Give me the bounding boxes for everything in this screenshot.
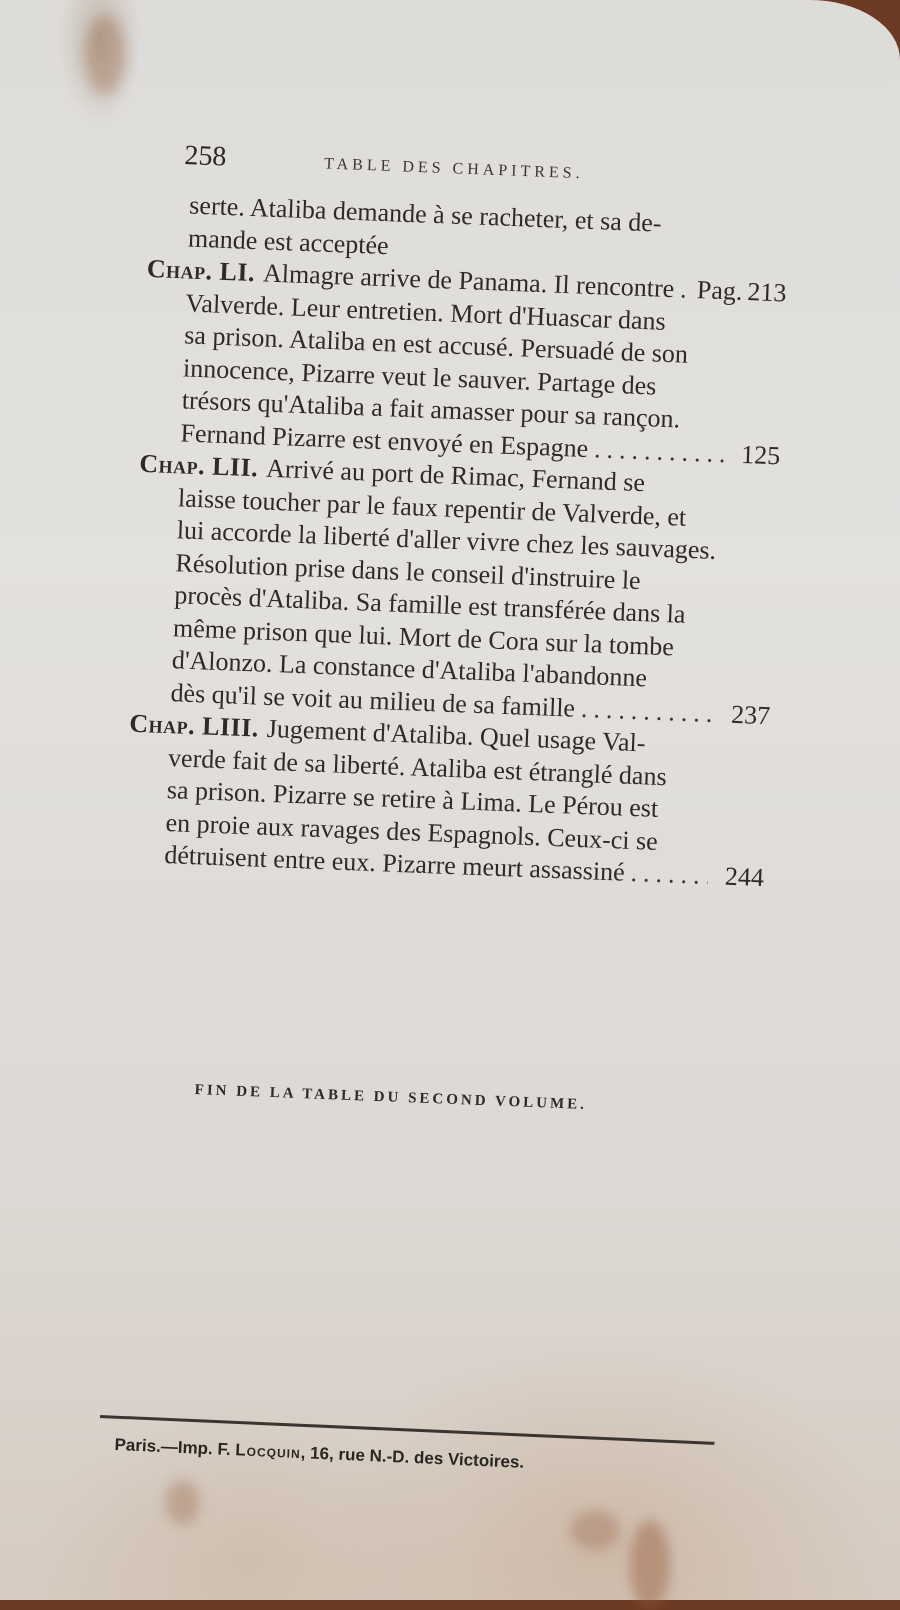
book-page: 258 TABLE DES CHAPITRES. serte. Ataliba … [0,0,900,1600]
toc-entry-chap-51: Valverde. Leur entretien. Mort d'Huascar… [140,285,786,472]
dot-leader: ........................................… [580,692,714,730]
dot-leader: ........................................… [680,273,692,306]
running-title: TABLE DES CHAPITRES. [324,155,584,183]
toc-entry-chap-52: Chap. LII. Arrivé au port de Rimac, Fern… [130,448,780,732]
imprint-address: , 16, rue N.-D. des Victoires. [300,1443,524,1472]
page-ref: 244 [713,860,764,894]
page-prefix: Pag. [696,274,743,308]
page-ref: 125 [730,438,781,472]
paper-stain [570,1510,620,1550]
paper-stain [85,15,125,95]
imprint-printer: Locquin [235,1440,301,1462]
printer-imprint: Paris.—Imp. F. Locquin, 16, rue N.-D. de… [114,1435,714,1481]
end-of-table-note: FIN DE LA TABLE DU SECOND VOLUME. [194,1082,714,1119]
chapter-label: Chap. LI. [146,253,255,290]
page-ref: 213 [742,276,787,310]
paper-stain [165,1480,200,1525]
imprint-city: Paris.—Imp. F. [114,1435,231,1459]
toc-entry-chap-53: Chap. LIII. Jugement d'Ataliba. Quel usa… [124,708,770,895]
paper-stain [630,1520,670,1600]
chapter-label: Chap. LIII. [129,708,260,745]
dot-leader: ........................................… [594,433,725,470]
dot-leader: ........................................… [630,857,709,892]
page-number: 258 [184,140,227,174]
page-ref: 237 [720,698,771,732]
table-of-contents: serte. Ataliba demande à se racheter, et… [124,188,790,895]
chapter-label: Chap. LII. [139,448,259,485]
